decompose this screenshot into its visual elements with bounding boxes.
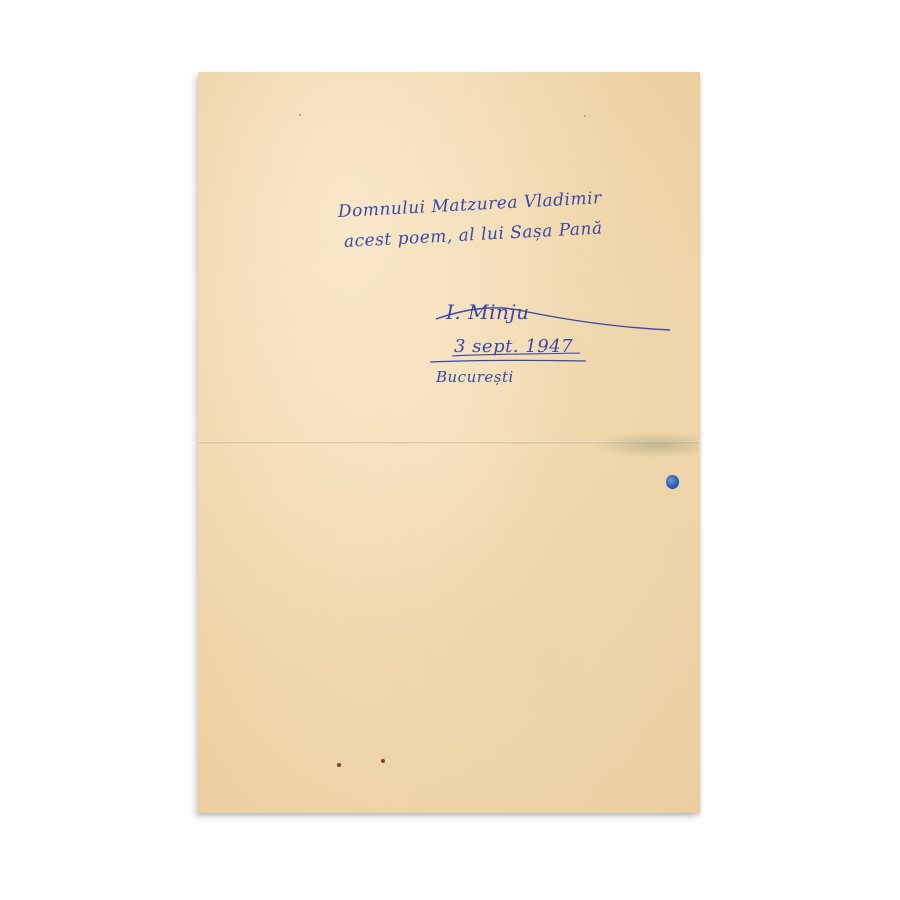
place: București bbox=[436, 368, 514, 386]
signature: I. Minju bbox=[446, 300, 529, 324]
handwritten-inscription: Domnului Matzurea Vladimir acest poem, a… bbox=[198, 72, 700, 813]
paper-sheet: Domnului Matzurea Vladimir acest poem, a… bbox=[198, 72, 700, 813]
signature-strokes bbox=[198, 72, 700, 813]
stage: Domnului Matzurea Vladimir acest poem, a… bbox=[0, 0, 900, 900]
date: 3 sept. 1947 bbox=[454, 336, 573, 357]
